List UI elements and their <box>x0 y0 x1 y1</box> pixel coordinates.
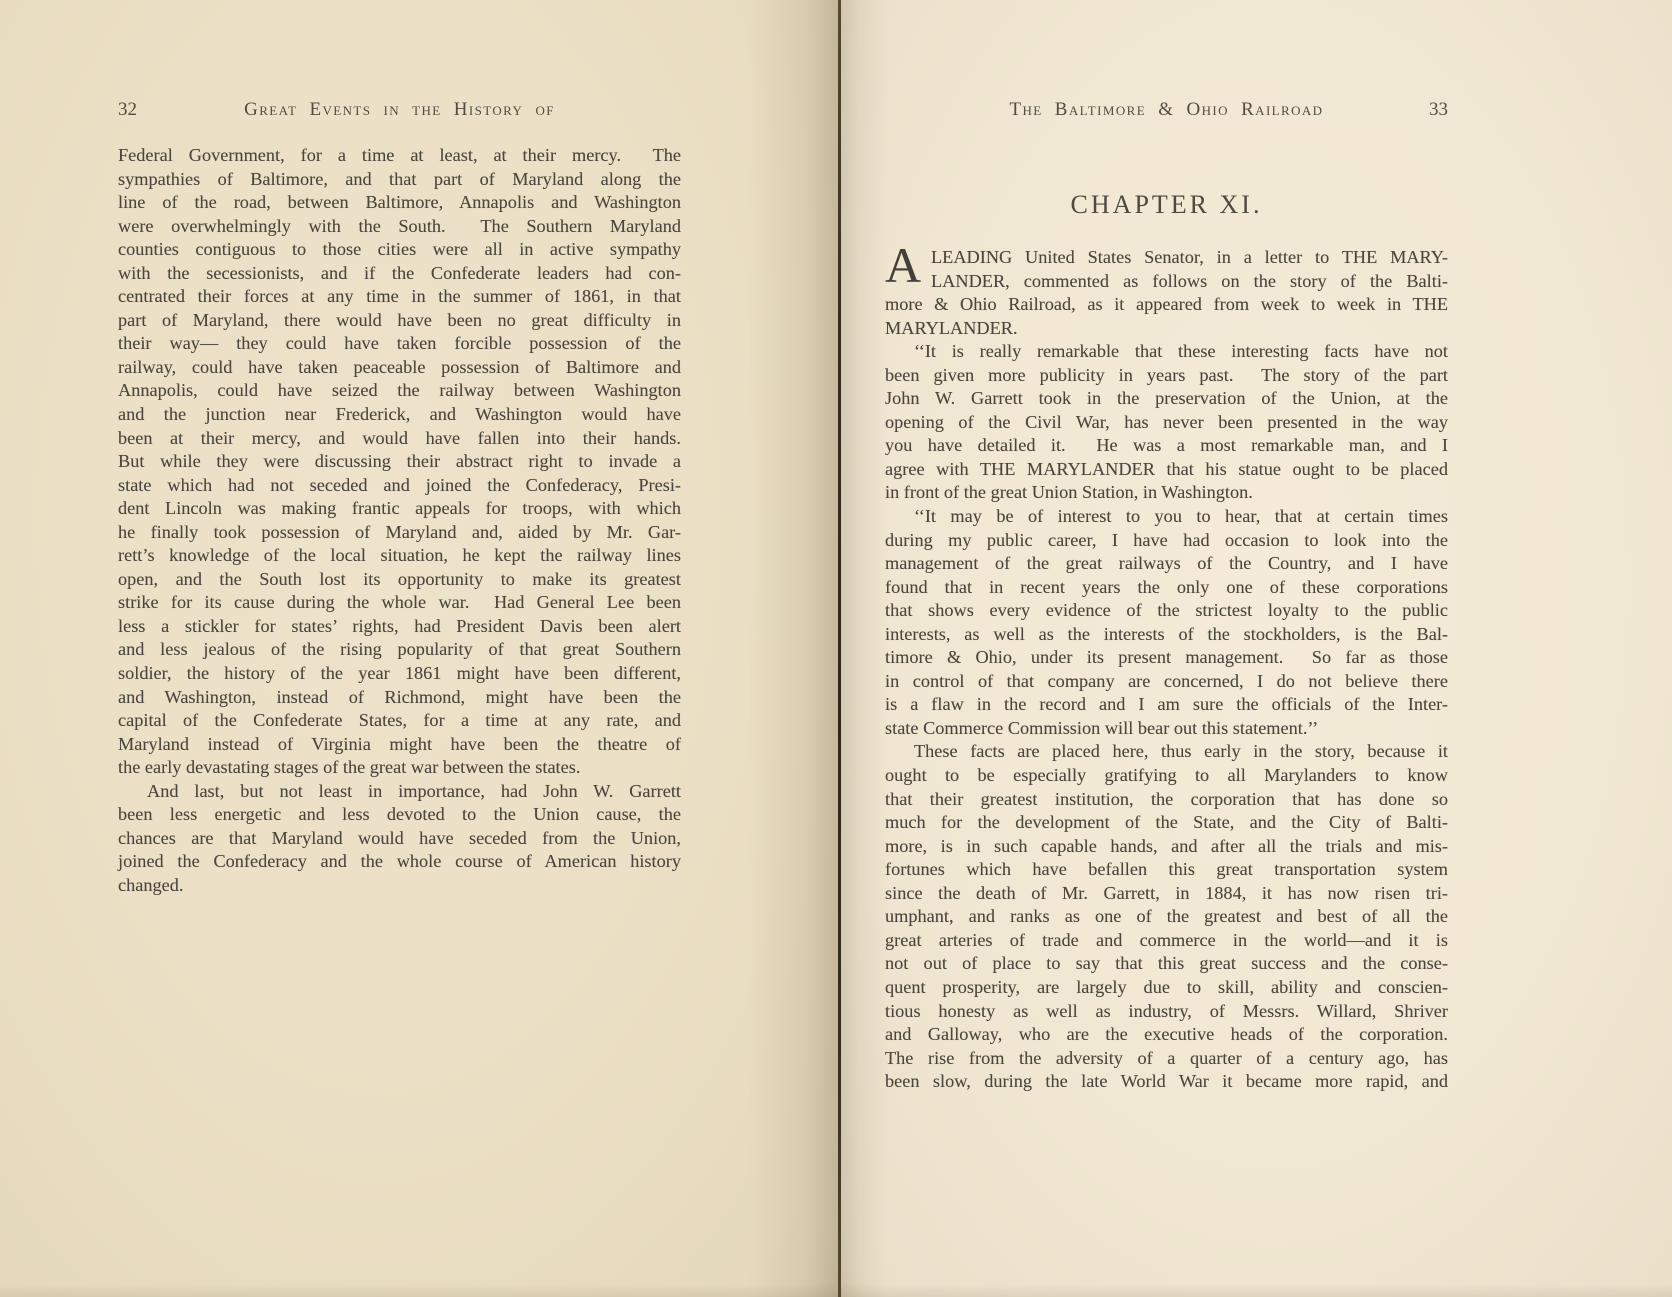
right-page-header: The Baltimore & Ohio Railroad 33 <box>885 99 1448 125</box>
text-line: line of the road, between Baltimore, Ann… <box>118 191 681 215</box>
text-line: during my public career, I have had occa… <box>885 529 1448 553</box>
text-line: But while they were discussing their abs… <box>118 450 681 474</box>
text-line: railway, could have taken peaceable poss… <box>118 356 681 380</box>
text-line: Federal Government, for a time at least,… <box>118 144 681 168</box>
text-line: he finally took possession of Maryland a… <box>118 521 681 545</box>
text-line: umphant, and ranks as one of the greates… <box>885 905 1448 929</box>
right-bottom-shade <box>841 1283 1672 1297</box>
text-line: quent prosperity, are largely due to ski… <box>885 976 1448 1000</box>
text-line: great arteries of trade and commerce in … <box>885 929 1448 953</box>
text-line: and Galloway, who are the executive head… <box>885 1023 1448 1047</box>
right-page: The Baltimore & Ohio Railroad 33 CHAPTER… <box>841 0 1672 1297</box>
text-line: counties contiguous to those cities were… <box>118 238 681 262</box>
text-line: LEADING United States Senator, in a lett… <box>885 246 1448 270</box>
text-line: in front of the great Union Station, in … <box>885 481 1448 505</box>
text-line: been at their mercy, and would have fall… <box>118 427 681 451</box>
book-spread: 32 Great Events in the History of Federa… <box>0 0 1672 1297</box>
text-line: sympathies of Baltimore, and that part o… <box>118 168 681 192</box>
text-line: not out of place to say that this great … <box>885 952 1448 976</box>
text-line: centrated their forces at any time in th… <box>118 285 681 309</box>
left-running-head: Great Events in the History of <box>244 99 555 121</box>
text-line: their way— they could have taken forcibl… <box>118 332 681 356</box>
text-line: changed. <box>118 874 681 898</box>
text-line: part of Maryland, there would have been … <box>118 309 681 333</box>
text-line: were overwhelmingly with the South. The … <box>118 215 681 239</box>
left-page: 32 Great Events in the History of Federa… <box>0 0 838 1297</box>
text-line: been slow, during the late World War it … <box>885 1070 1448 1094</box>
text-line: joined the Confederacy and the whole cou… <box>118 850 681 874</box>
text-line: These facts are placed here, thus early … <box>885 740 1448 764</box>
text-line: The rise from the adversity of a quarter… <box>885 1047 1448 1071</box>
left-page-number: 32 <box>118 99 137 121</box>
text-line: fortunes which have befallen this great … <box>885 858 1448 882</box>
text-line: is a flaw in the record and I am sure th… <box>885 693 1448 717</box>
left-page-header: 32 Great Events in the History of <box>118 99 681 125</box>
text-line: opening of the Civil War, has never been… <box>885 411 1448 435</box>
text-line: more & Ohio Railroad, as it appeared fro… <box>885 293 1448 317</box>
left-bottom-shade <box>0 1283 838 1297</box>
right-page-number: 33 <box>1429 99 1448 121</box>
text-line: MARYLANDER. <box>885 317 1448 341</box>
text-line: in control of that company are concerned… <box>885 670 1448 694</box>
text-line: less a stickler for states’ rights, had … <box>118 615 681 639</box>
text-line: interests, as well as the interests of t… <box>885 623 1448 647</box>
text-line: that their greatest institution, the cor… <box>885 788 1448 812</box>
text-line: and Washington, instead of Richmond, mig… <box>118 686 681 710</box>
text-line: open, and the South lost its opportunity… <box>118 568 681 592</box>
text-line: been given more publicity in years past.… <box>885 364 1448 388</box>
text-line: been less energetic and less devoted to … <box>118 803 681 827</box>
text-line: strike for its cause during the whole wa… <box>118 591 681 615</box>
text-line: ‘‘It is really remarkable that these int… <box>885 340 1448 364</box>
text-line: John W. Garrett took in the preservation… <box>885 387 1448 411</box>
text-line: capital of the Confederate States, for a… <box>118 709 681 733</box>
text-line: chances are that Maryland would have sec… <box>118 827 681 851</box>
gutter-shadow-left <box>748 0 838 1297</box>
text-line: state which had not seceded and joined t… <box>118 474 681 498</box>
text-line: Annapolis, could have seized the railway… <box>118 379 681 403</box>
text-line: that shows every evidence of the stricte… <box>885 599 1448 623</box>
text-line: and the junction near Frederick, and Was… <box>118 403 681 427</box>
text-line: the early devastating stages of the grea… <box>118 756 681 780</box>
left-page-body: Federal Government, for a time at least,… <box>118 144 681 898</box>
text-line: dent Lincoln was making frantic appeals … <box>118 497 681 521</box>
text-line: rett’s knowledge of the local situation,… <box>118 544 681 568</box>
gutter-shadow-right <box>841 0 889 1297</box>
right-body-lines: LEADING United States Senator, in a lett… <box>885 246 1448 1094</box>
text-line: more, is in such capable hands, and afte… <box>885 835 1448 859</box>
text-line: Maryland instead of Virginia might have … <box>118 733 681 757</box>
right-running-head: The Baltimore & Ohio Railroad <box>1010 99 1324 121</box>
text-line: since the death of Mr. Garrett, in 1884,… <box>885 882 1448 906</box>
text-line: And last, but not least in importance, h… <box>118 780 681 804</box>
text-line: ‘‘It may be of interest to you to hear, … <box>885 505 1448 529</box>
text-line: much for the development of the State, a… <box>885 811 1448 835</box>
text-line: timore & Ohio, under its present managem… <box>885 646 1448 670</box>
text-line: found that in recent years the only one … <box>885 576 1448 600</box>
text-line: soldier, the history of the year 1861 mi… <box>118 662 681 686</box>
text-line: agree with THE MARYLANDER that his statu… <box>885 458 1448 482</box>
text-line: you have detailed it. He was a most rema… <box>885 434 1448 458</box>
text-line: with the secessionists, and if the Confe… <box>118 262 681 286</box>
text-line: tious honesty as well as industry, of Me… <box>885 1000 1448 1024</box>
text-line: state Commerce Commission will bear out … <box>885 717 1448 741</box>
drop-cap: A <box>885 240 921 290</box>
text-line: ought to be especially gratifying to all… <box>885 764 1448 788</box>
text-line: management of the great railways of the … <box>885 552 1448 576</box>
text-line: and less jealous of the rising popularit… <box>118 638 681 662</box>
text-line: LANDER, commented as follows on the stor… <box>885 270 1448 294</box>
right-page-body: A LEADING United States Senator, in a le… <box>885 246 1448 1094</box>
chapter-heading: CHAPTER XI. <box>885 190 1448 220</box>
